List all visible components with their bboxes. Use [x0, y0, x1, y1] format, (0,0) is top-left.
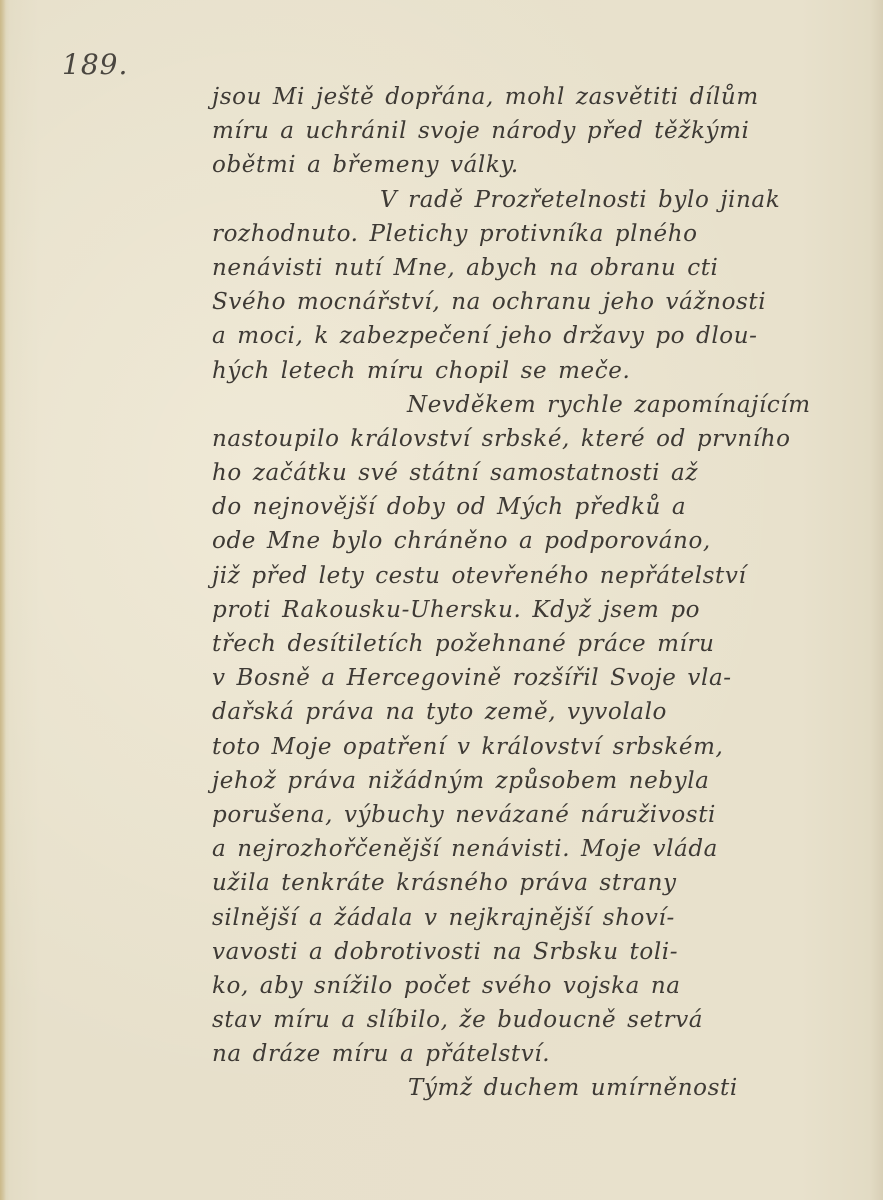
text-line: vavosti a dobrotivosti na Srbsku toli-: [212, 935, 857, 969]
handwritten-text-block: jsou Mi ještě dopřána, mohl zasvětiti dí…: [212, 80, 857, 1106]
text-line: v Bosně a Hercegovině rozšířil Svoje vla…: [212, 661, 857, 695]
text-line: jsou Mi ještě dopřána, mohl zasvětiti dí…: [212, 80, 857, 114]
text-line: třech desítiletích požehnané práce míru: [212, 627, 857, 661]
text-line: ode Mne bylo chráněno a podporováno,: [212, 524, 857, 558]
text-line: míru a uchránil svoje národy před těžkým…: [212, 114, 857, 148]
text-line: Svého mocnářství, na ochranu jeho vážnos…: [212, 285, 857, 319]
text-line: toto Moje opatření v království srbském,: [212, 730, 857, 764]
text-line: nenávisti nutí Mne, abych na obranu cti: [212, 251, 857, 285]
text-line: stav míru a slíbilo, že budoucně setrvá: [212, 1003, 857, 1037]
paragraph-start-line: V radě Prozřetelnosti bylo jinak: [212, 183, 857, 217]
text-line: porušena, výbuchy nevázané náruživosti: [212, 798, 857, 832]
text-line: dařská práva na tyto země, vyvolalo: [212, 695, 857, 729]
text-line: nastoupilo království srbské, které od p…: [212, 422, 857, 456]
text-line: do nejnovější doby od Mých předků a: [212, 490, 857, 524]
manuscript-page: 189. jsou Mi ještě dopřána, mohl zasvěti…: [0, 0, 883, 1200]
paragraph-start-line: Týmž duchem umírněnosti: [212, 1071, 857, 1105]
page-number: 189.: [62, 48, 128, 81]
text-line: obětmi a břemeny války.: [212, 148, 857, 182]
text-line: ko, aby snížilo počet svého vojska na: [212, 969, 857, 1003]
text-line: a nejrozhořčenější nenávisti. Moje vláda: [212, 832, 857, 866]
text-line: ho začátku své státní samostatnosti až: [212, 456, 857, 490]
text-line: proti Rakousku-Uhersku. Když jsem po: [212, 593, 857, 627]
paragraph-start-line: Nevděkem rychle zapomínajícím: [212, 388, 857, 422]
text-line: hých letech míru chopil se meče.: [212, 354, 857, 388]
text-line: na dráze míru a přátelství.: [212, 1037, 857, 1071]
text-line: silnější a žádala v nejkrajnější shoví-: [212, 901, 857, 935]
text-line: rozhodnuto. Pletichy protivníka plného: [212, 217, 857, 251]
text-line: a moci, k zabezpečení jeho državy po dlo…: [212, 319, 857, 353]
text-line: již před lety cestu otevřeného nepřátels…: [212, 559, 857, 593]
text-line: jehož práva nižádným způsobem nebyla: [212, 764, 857, 798]
text-line: užila tenkráte krásného práva strany: [212, 866, 857, 900]
